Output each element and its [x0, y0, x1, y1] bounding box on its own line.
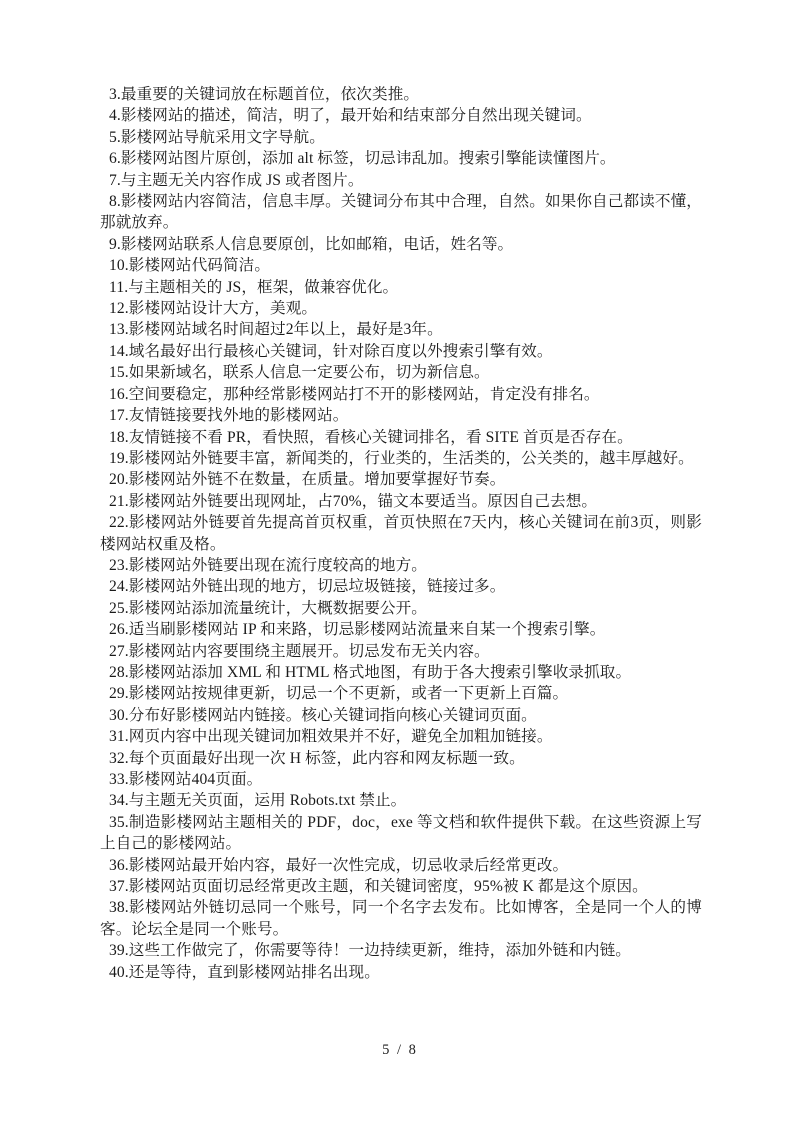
- list-item: 11.与主题相关的 JS，框架，做兼容优化。: [100, 277, 702, 298]
- list-item: 37.影楼网站页面切忌经常更改主题，和关键词密度，95%被 K 都是这个原因。: [100, 876, 702, 897]
- list-item: 36.影楼网站最开始内容，最好一次性完成，切忌收录后经常更改。: [100, 855, 702, 876]
- list-item: 22.影楼网站外链要首先提高首页权重，首页快照在7天内，核心关键词在前3页，则影…: [100, 512, 702, 555]
- list-item: 23.影楼网站外链要出现在流行度较高的地方。: [100, 555, 702, 576]
- list-item: 9.影楼网站联系人信息要原创，比如邮箱，电话，姓名等。: [100, 234, 702, 255]
- list-item: 10.影楼网站代码简洁。: [100, 255, 702, 276]
- list-item: 24.影楼网站外链出现的地方，切忌垃圾链接，链接过多。: [100, 576, 702, 597]
- list-item: 19.影楼网站外链要丰富，新闻类的，行业类的，生活类的，公关类的，越丰厚越好。: [100, 448, 702, 469]
- list-item: 31.网页内容中出现关键词加粗效果并不好，避免全加粗加链接。: [100, 726, 702, 747]
- list-item: 15.如果新域名，联系人信息一定要公布，切为新信息。: [100, 362, 702, 383]
- list-item: 40.还是等待，直到影楼网站排名出现。: [100, 962, 702, 983]
- list-item: 14.域名最好出行最核心关键词，针对除百度以外搜索引擎有效。: [100, 341, 702, 362]
- list-item: 16.空间要稳定，那种经常影楼网站打不开的影楼网站，肯定没有排名。: [100, 384, 702, 405]
- list-item: 17.友情链接要找外地的影楼网站。: [100, 405, 702, 426]
- list-item: 4.影楼网站的描述，简洁，明了，最开始和结束部分自然出现关键词。: [100, 105, 702, 126]
- list-item: 27.影楼网站内容要围绕主题展开。切忌发布无关内容。: [100, 641, 702, 662]
- list-item: 20.影楼网站外链不在数量，在质量。增加要掌握好节奏。: [100, 469, 702, 490]
- document-body: 3.最重要的关键词放在标题首位，依次类推。4.影楼网站的描述，简洁，明了，最开始…: [100, 84, 702, 983]
- list-item: 5.影楼网站导航采用文字导航。: [100, 127, 702, 148]
- list-item: 21.影楼网站外链要出现网址，占70%，锚文本要适当。原因自己去想。: [100, 491, 702, 512]
- list-item: 3.最重要的关键词放在标题首位，依次类推。: [100, 84, 702, 105]
- list-item: 26.适当刷影楼网站 IP 和来路，切忌影楼网站流量来自某一个搜索引擎。: [100, 619, 702, 640]
- list-item: 8.影楼网站内容简洁，信息丰厚。关键词分布其中合理，自然。如果你自己都读不懂，那…: [100, 191, 702, 234]
- list-item: 29.影楼网站按规律更新，切忌一个不更新，或者一下更新上百篇。: [100, 683, 702, 704]
- list-item: 34.与主题无关页面，运用 Robots.txt 禁止。: [100, 790, 702, 811]
- list-item: 6.影楼网站图片原创，添加 alt 标签，切忌讳乱加。搜索引擎能读懂图片。: [100, 148, 702, 169]
- list-item: 12.影楼网站设计大方，美观。: [100, 298, 702, 319]
- list-item: 28.影楼网站添加 XML 和 HTML 格式地图，有助于各大搜索引擎收录抓取。: [100, 662, 702, 683]
- list-item: 38.影楼网站外链切忌同一个账号，同一个名字去发布。比如博客，全是同一个人的博客…: [100, 897, 702, 940]
- page-indicator: 5 / 8: [382, 1042, 418, 1058]
- list-item: 18.友情链接不看 PR，看快照，看核心关键词排名，看 SITE 首页是否存在。: [100, 427, 702, 448]
- list-item: 30.分布好影楼网站内链接。核心关键词指向核心关键词页面。: [100, 705, 702, 726]
- list-item: 32.每个页面最好出现一次 H 标签，此内容和网友标题一致。: [100, 748, 702, 769]
- page-footer: 5 / 8: [0, 1042, 800, 1059]
- list-item: 7.与主题无关内容作成 JS 或者图片。: [100, 170, 702, 191]
- document-page: 3.最重要的关键词放在标题首位，依次类推。4.影楼网站的描述，简洁，明了，最开始…: [0, 0, 800, 1132]
- list-item: 33.影楼网站404页面。: [100, 769, 702, 790]
- list-item: 13.影楼网站域名时间超过2年以上，最好是3年。: [100, 319, 702, 340]
- list-item: 35.制造影楼网站主题相关的 PDF，doc，exe 等文档和软件提供下载。在这…: [100, 812, 702, 855]
- list-item: 25.影楼网站添加流量统计，大概数据要公开。: [100, 598, 702, 619]
- list-item: 39.这些工作做完了，你需要等待！一边持续更新，维持，添加外链和内链。: [100, 940, 702, 961]
